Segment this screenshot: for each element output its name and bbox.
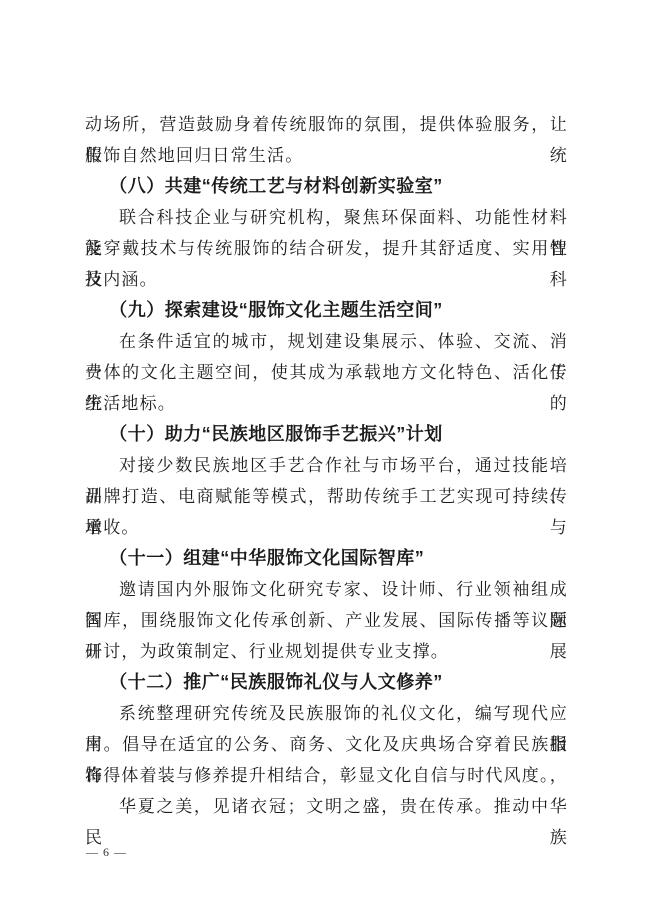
section-heading-10: （十）助力“民族地区服饰手艺振兴”计划 <box>85 419 568 450</box>
section-heading-11: （十一）组建“中华服饰文化国际智库” <box>85 543 568 574</box>
document-page: 动场所，营造鼓励身着传统服饰的氛围，提供体验服务，让传统 服饰自然地回归日常生活… <box>0 0 650 919</box>
body-line: 联合科技企业与研究机构，聚焦环保面料、功能性材料及智 <box>85 202 568 233</box>
body-line: 动场所，营造鼓励身着传统服饰的氛围，提供体验服务，让传统 <box>85 109 568 140</box>
body-line: 品牌打造、电商赋能等模式，帮助传统手工艺实现可持续传承与 <box>85 481 568 512</box>
section-heading-8: （八）共建“传统工艺与材料创新实验室” <box>85 171 568 202</box>
body-line: 华夏之美，见诸衣冠；文明之盛，贵在传承。推动中华民族 <box>85 791 568 822</box>
body-line: 邀请国内外服饰文化研究专家、设计师、行业领袖组成国际 <box>85 574 568 605</box>
body-line: 南。倡导在适宜的公务、商务、文化及庆典场合穿着民族服饰， <box>85 729 568 760</box>
document-body: 动场所，营造鼓励身着传统服饰的氛围，提供体验服务，让传统 服饰自然地回归日常生活… <box>85 109 568 822</box>
section-heading-12: （十二）推广“民族服饰礼仪与人文修养” <box>85 667 568 698</box>
section-heading-9: （九）探索建设“服饰文化主题生活空间” <box>85 295 568 326</box>
body-line: 在条件适宜的城市，规划建设集展示、体验、交流、消费于 <box>85 326 568 357</box>
body-line: 将得体着装与修养提升相结合，彰显文化自信与时代风度。 <box>85 760 568 791</box>
body-line: 一体的文化主题空间，使其成为承载地方文化特色、活化传统的 <box>85 357 568 388</box>
body-line: 能穿戴技术与传统服饰的结合研发，提升其舒适度、实用性及科 <box>85 233 568 264</box>
body-line: 智库，围绕服饰文化传承创新、产业发展、国际传播等议题开展 <box>85 605 568 636</box>
body-line: 对接少数民族地区手艺合作社与市场平台，通过技能培训、 <box>85 450 568 481</box>
page-number: — 6 — <box>86 845 127 860</box>
body-line: 系统整理研究传统及民族服饰的礼仪文化，编写现代应用指 <box>85 698 568 729</box>
